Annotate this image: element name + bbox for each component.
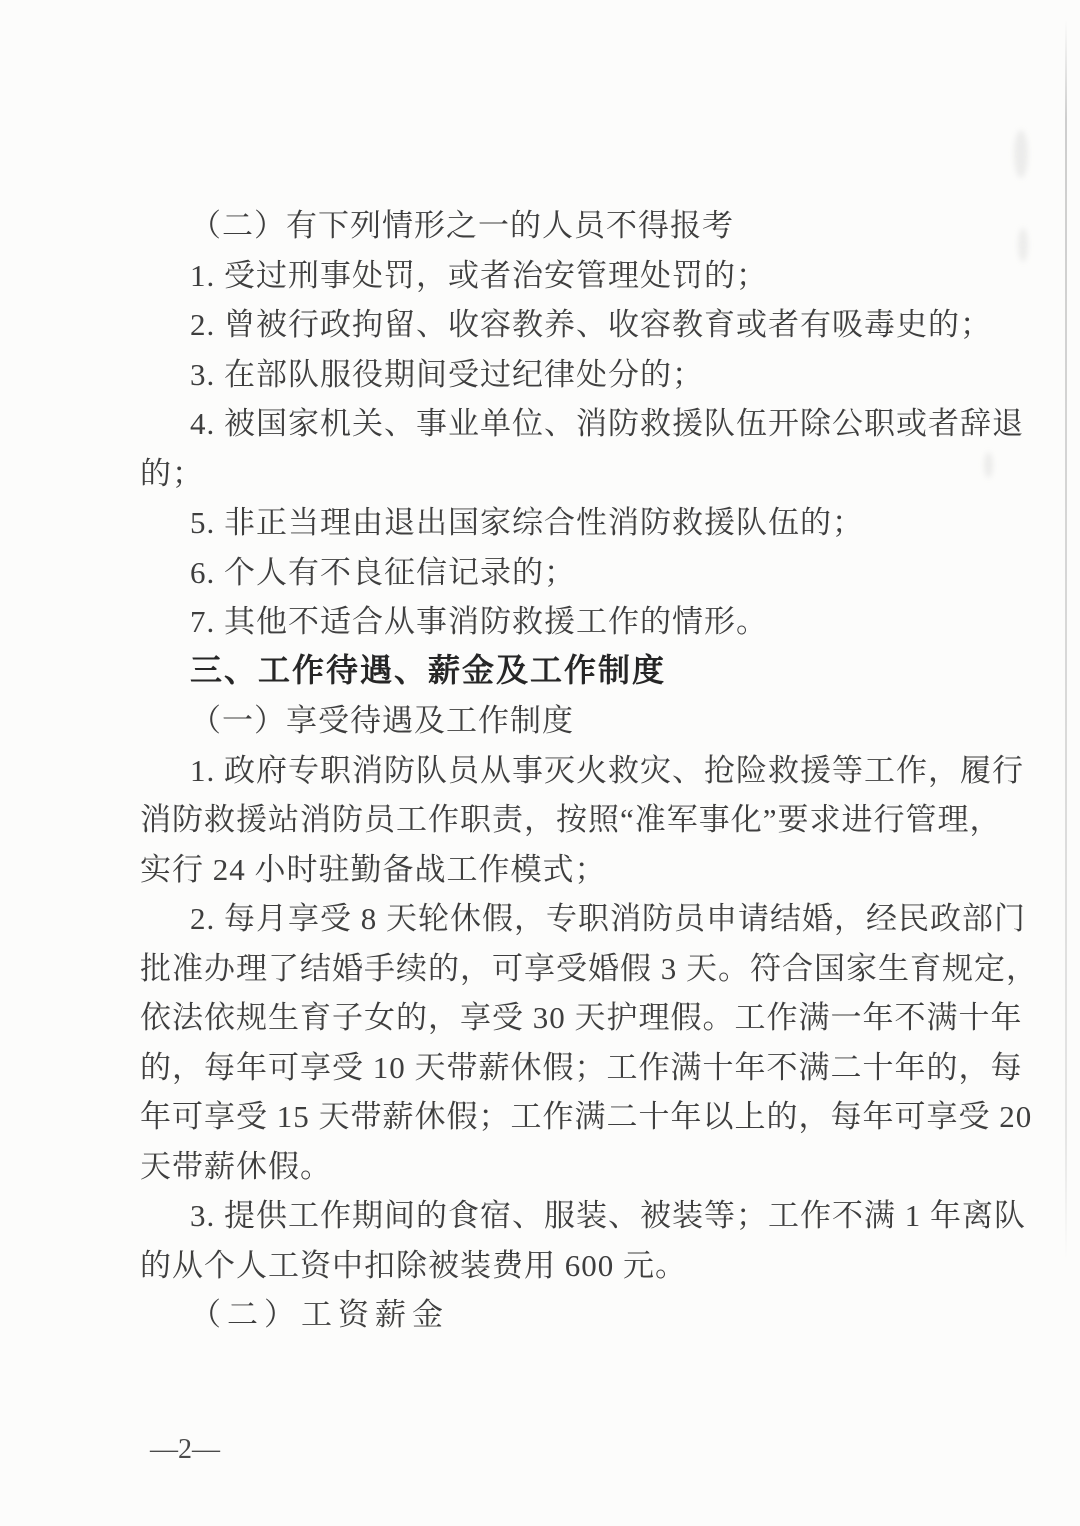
list-item-1: 1. 受过刑事处罚，或者治安管理处罚的； [140,248,942,298]
list-item-4: 4. 被国家机关、事业单位、消防救援队伍开除公职或者辞退 [140,396,942,446]
subsection-heading-treatment: （一）享受待遇及工作制度 [140,693,942,743]
benefit-item-1: 1. 政府专职消防队员从事灭火救灾、抢险救援等工作，履行 [140,743,942,793]
scan-smudge [984,452,993,478]
benefit-item-3-continuation: 的从个人工资中扣除被装费用 600 元。 [140,1238,942,1288]
subsection-heading-disqualifications: （二）有下列情形之一的人员不得报考 [140,198,942,248]
list-item-7: 7. 其他不适合从事消防救援工作的情形。 [140,594,942,644]
subsection-heading-salary: （二）工资薪金 [140,1287,942,1337]
list-item-5: 5. 非正当理由退出国家综合性消防救援队伍的； [140,495,942,545]
document-text: （二）有下列情形之一的人员不得报考 1. 受过刑事处罚，或者治安管理处罚的； 2… [140,198,942,1337]
scanned-document-page: （二）有下列情形之一的人员不得报考 1. 受过刑事处罚，或者治安管理处罚的； 2… [0,0,1080,1526]
page-number: —2— [150,1434,220,1466]
benefit-item-3: 3. 提供工作期间的食宿、服装、被装等；工作不满 1 年离队 [140,1188,942,1238]
benefit-item-2-continuation-5: 天带薪休假。 [140,1139,942,1189]
scan-edge-artifact [1065,20,1067,1260]
benefit-item-2-continuation-1: 批准办理了结婚手续的，可享受婚假 3 天。符合国家生育规定， [140,941,942,991]
benefit-item-2: 2. 每月享受 8 天轮休假，专职消防员申请结婚，经民政部门 [140,891,942,941]
list-item-6: 6. 个人有不良征信记录的； [140,545,942,595]
benefit-item-2-continuation-4: 年可享受 15 天带薪休假；工作满二十年以上的，每年可享受 20 [140,1089,942,1139]
benefit-item-2-continuation-2: 依法依规生育子女的，享受 30 天护理假。工作满一年不满十年 [140,990,942,1040]
benefit-item-2-continuation-3: 的，每年可享受 10 天带薪休假；工作满十年不满二十年的，每 [140,1040,942,1090]
scan-smudge [1014,130,1028,178]
scan-smudge [1018,228,1028,262]
section-heading-benefits: 三、工作待遇、薪金及工作制度 [140,644,942,694]
list-item-3: 3. 在部队服役期间受过纪律处分的； [140,347,942,397]
list-item-4-continuation: 的； [140,446,942,496]
benefit-item-1-continuation-2: 实行 24 小时驻勤备战工作模式； [140,842,942,892]
list-item-2: 2. 曾被行政拘留、收容教养、收容教育或者有吸毒史的； [140,297,942,347]
benefit-item-1-continuation-1: 消防救援站消防员工作职责，按照“准军事化”要求进行管理， [140,792,942,842]
